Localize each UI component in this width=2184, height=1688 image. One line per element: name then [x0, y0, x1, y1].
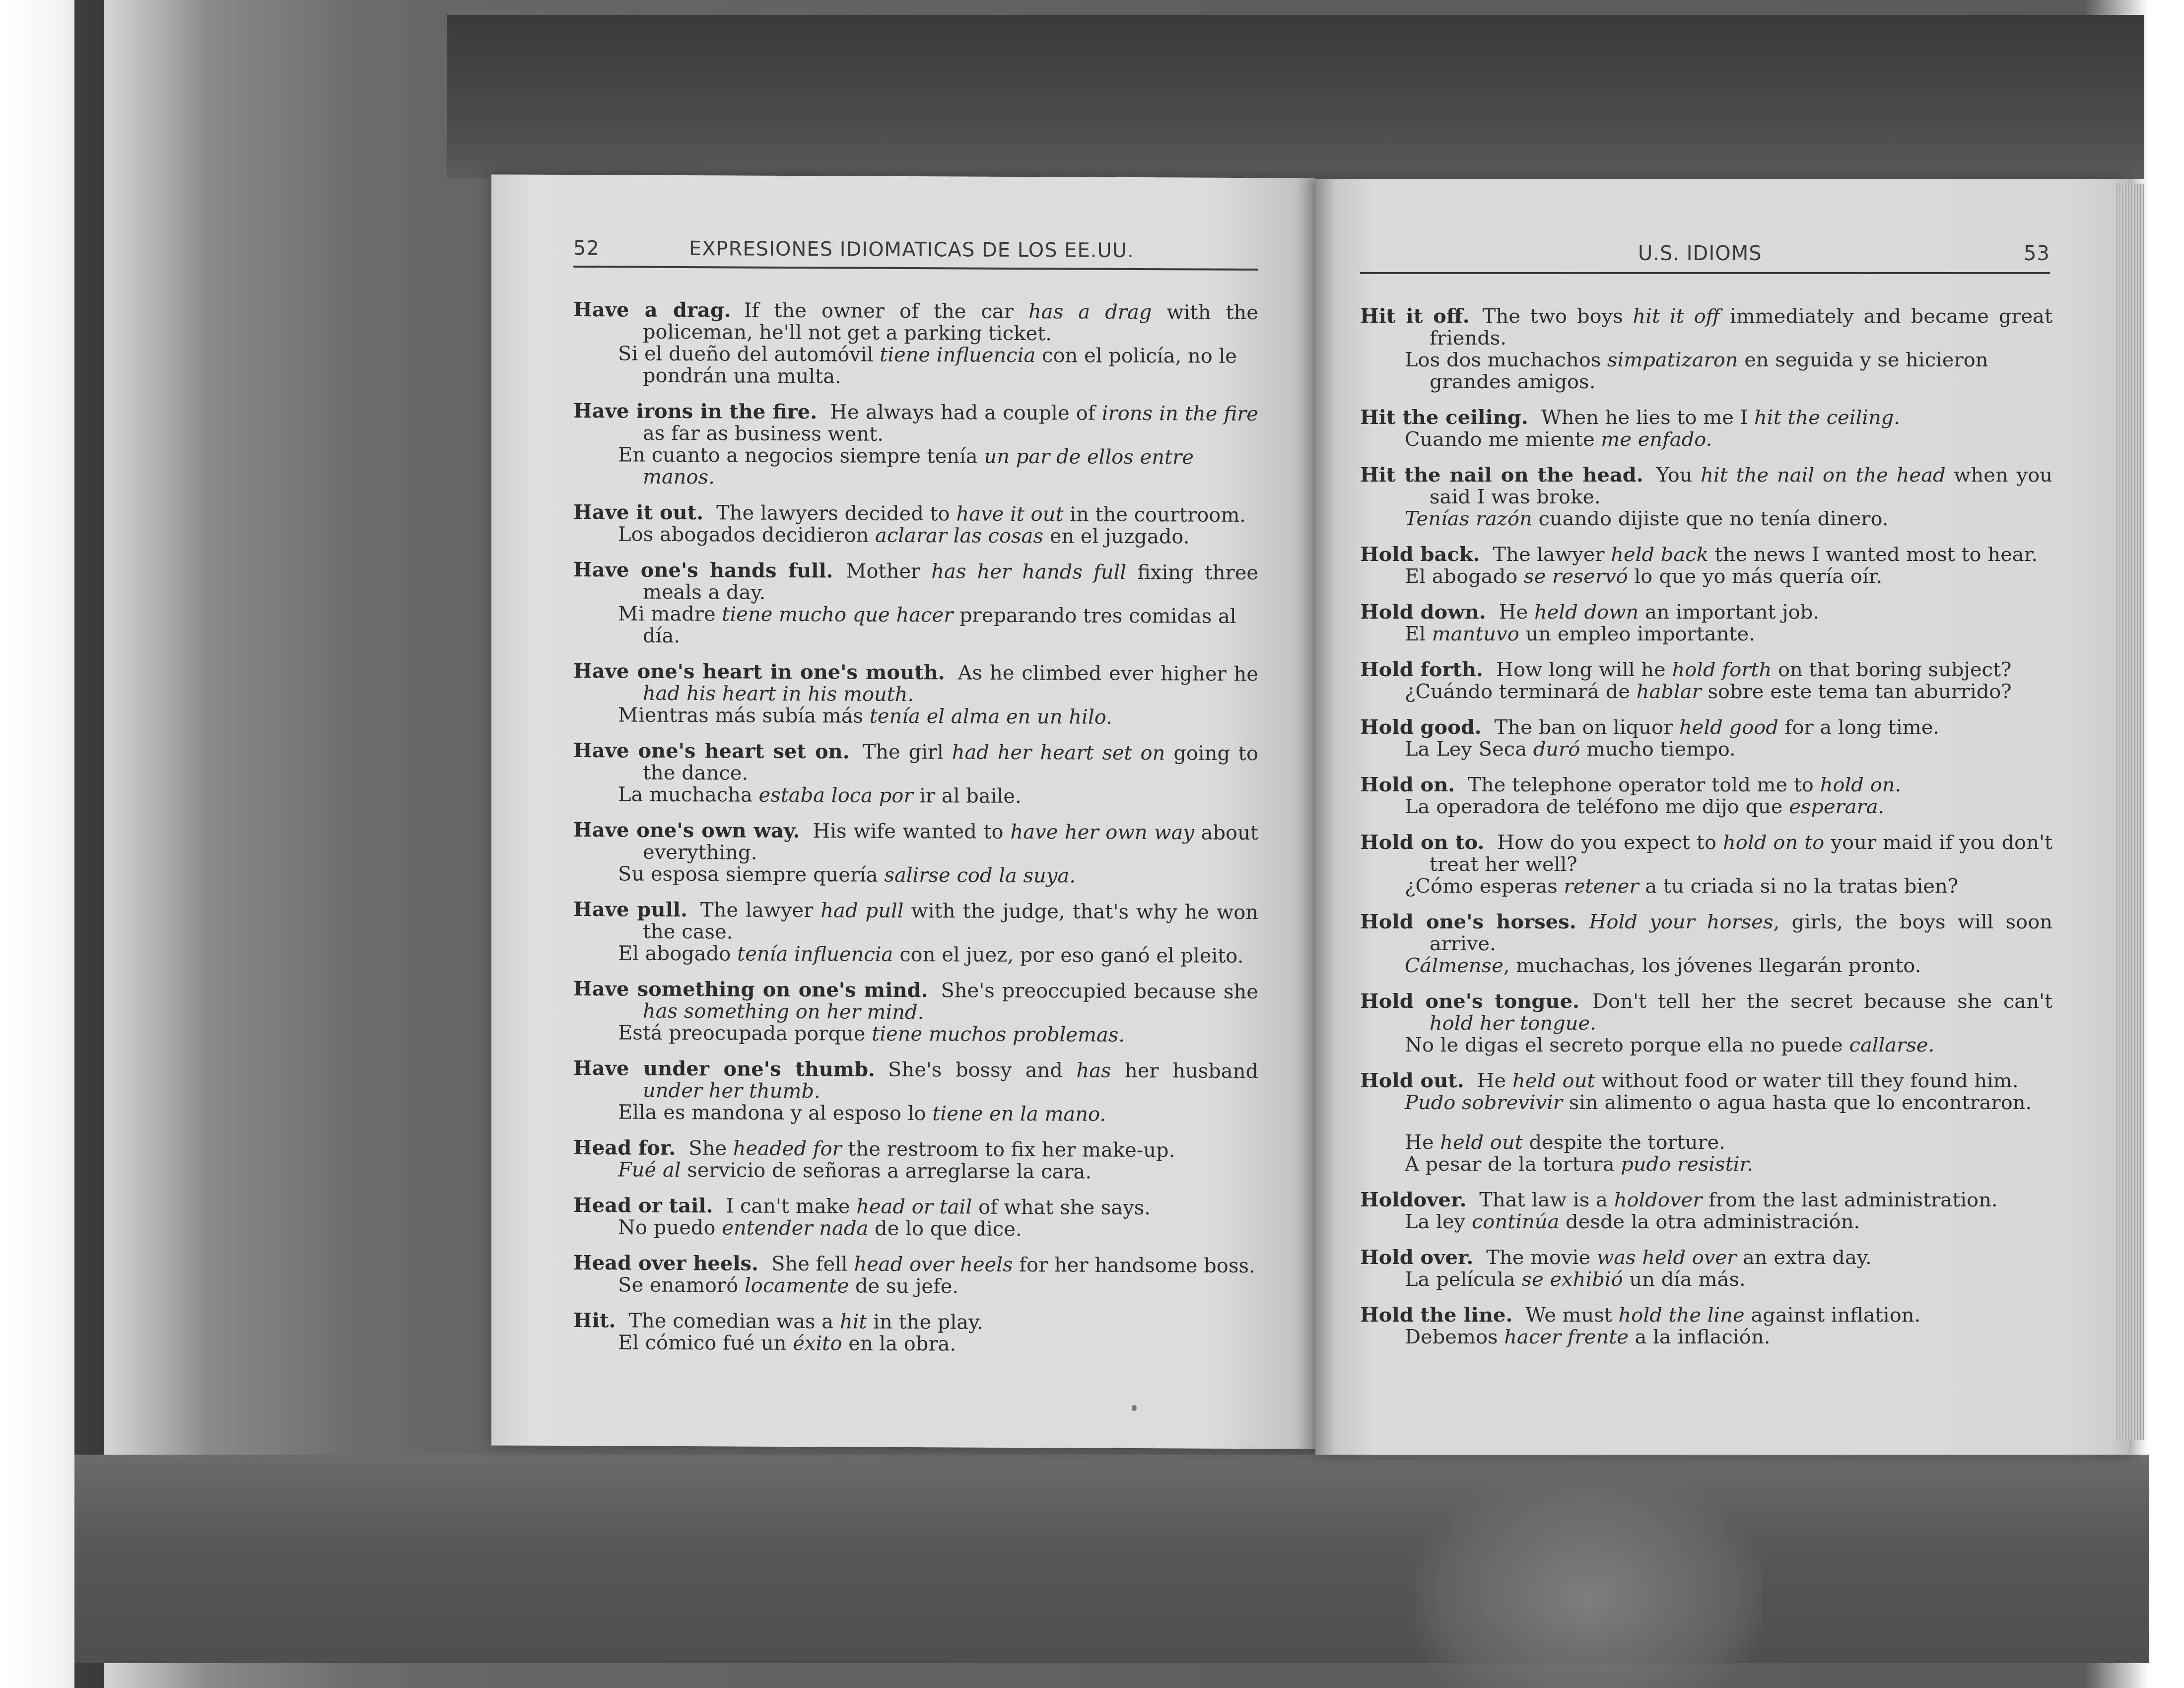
hand-shadow	[1415, 1465, 1762, 1688]
spanish-translation: Cálmense, muchachas, los jóvenes llegará…	[1360, 955, 2052, 977]
idiom-entry: Hold over.The movie was held over an ext…	[1360, 1247, 2052, 1290]
text-run: La muchacha	[618, 783, 759, 806]
idiom-term: Hold good.	[1360, 715, 1482, 739]
english-example: Hold down.He held down an important job.	[1360, 601, 2052, 623]
text-run: en la obra.	[842, 1332, 956, 1355]
text-run: Ella es mandona y al esposo lo	[618, 1101, 932, 1125]
idiom-term: Head or tail.	[573, 1194, 713, 1217]
spanish-translation: A pesar de la tortura pudo resistir.	[1360, 1153, 2052, 1175]
idiom-entry: Have one's heart set on.The girl had her…	[573, 740, 1258, 808]
scanner-lid-shadow	[447, 15, 2144, 179]
idiom-term: Have one's heart set on.	[573, 739, 850, 763]
header-rule	[573, 266, 1258, 271]
text-run: for her handsome boss.	[1013, 1254, 1255, 1277]
spanish-translation: Mientras más subía más tenía el alma en …	[573, 704, 1258, 729]
italic-phrase: hit the nail on the head	[1701, 464, 1945, 487]
italic-phrase: hacer frente	[1504, 1326, 1629, 1348]
text-run: How do you expect to	[1497, 831, 1723, 854]
idiom-entry: Head for.She headed for the restroom to …	[573, 1137, 1258, 1184]
english-example: Head over heels.She fell head over heels…	[573, 1252, 1258, 1277]
english-example: Hold good.The ban on liquor held good fo…	[1360, 716, 2052, 738]
spanish-translation: El abogado se reservó lo que yo más quer…	[1360, 565, 2052, 587]
text-run: on that boring subject?	[1772, 658, 2011, 681]
idiom-entry: Hit it off.The two boys hit it off immed…	[1360, 305, 2052, 393]
spanish-translation: Tenías razón cuando dijiste que no tenía…	[1360, 508, 2052, 530]
text-run: The telephone operator told me to	[1468, 774, 1820, 796]
spanish-translation: Fué al servicio de señoras a arreglarse …	[573, 1159, 1258, 1184]
text-run: No le digas el secreto porque ella no pu…	[1405, 1034, 1849, 1056]
text-run: La película	[1405, 1268, 1522, 1291]
idiom-term: Hold one's tongue.	[1360, 989, 1579, 1013]
text-run: Mi madre	[618, 602, 722, 626]
italic-phrase: simpatizaron	[1607, 349, 1738, 371]
text-run: La ley	[1405, 1210, 1472, 1233]
text-run: lo que yo más quería oír.	[1628, 565, 1882, 588]
spanish-translation: Si el dueño del automóvil tiene influenc…	[573, 343, 1258, 389]
english-example: Have it out.The lawyers decided to have …	[573, 501, 1258, 526]
spanish-translation: No le digas el secreto porque ella no pu…	[1360, 1034, 2052, 1056]
idiom-term: Hold down.	[1360, 600, 1486, 624]
idiom-list: Hit it off.The two boys hit it off immed…	[1360, 305, 2052, 1362]
english-example: Head for.She headed for the restroom to …	[573, 1137, 1258, 1162]
text-run: Su esposa siempre quería	[618, 862, 884, 886]
scanner-edge-strip	[74, 0, 104, 1688]
text-run: Debemos	[1405, 1326, 1504, 1348]
text-run: in the courtroom.	[1063, 503, 1246, 527]
italic-phrase: tenía influencia	[737, 943, 893, 966]
text-run: Si el dueño del automóvil	[618, 342, 880, 366]
italic-phrase: se reservó	[1524, 565, 1628, 588]
idiom-term: Hold on to.	[1360, 831, 1484, 854]
idiom-entry: Holdover.That law is a holdover from the…	[1360, 1189, 2052, 1233]
text-run: servicio de señoras a arreglarse la cara…	[681, 1159, 1092, 1184]
english-example: Hold forth.How long will he hold forth o…	[1360, 659, 2052, 681]
page-edges	[2115, 184, 2144, 1440]
spanish-translation: La ley continúa desde la otra administra…	[1360, 1211, 2052, 1233]
idiom-list: Have a drag.If the owner of the car has …	[573, 299, 1258, 1370]
italic-phrase: has	[1076, 1059, 1111, 1082]
english-example: Have one's own way.His wife wanted to ha…	[573, 819, 1258, 866]
text-run: a la inflación.	[1629, 1326, 1770, 1348]
text-run: The comedian was a	[628, 1310, 840, 1334]
italic-phrase: held back	[1611, 543, 1708, 566]
italic-phrase: tiene muchos problemas.	[872, 1023, 1125, 1047]
italic-phrase: aclarar las cosas	[875, 524, 1043, 548]
italic-phrase: held out	[1512, 1069, 1595, 1092]
italic-phrase: have her own way	[1010, 821, 1194, 844]
italic-phrase: me enfado.	[1601, 428, 1712, 451]
text-run: de su jefe.	[849, 1275, 958, 1298]
text-run: If the owner of the car	[744, 299, 1028, 324]
idiom-entry: Hold down.He held down an important job.…	[1360, 601, 2052, 645]
paper-speck	[1132, 1405, 1137, 1411]
text-run: Don't tell her the secret because she ca…	[1592, 990, 2052, 1013]
italic-phrase: held good	[1679, 716, 1778, 739]
idiom-entry: Head over heels.She fell head over heels…	[573, 1252, 1258, 1299]
text-run: She fell	[771, 1253, 854, 1276]
text-run: El abogado	[618, 942, 737, 965]
spanish-translation: Ella es mandona y al esposo lo tiene en …	[573, 1101, 1258, 1126]
idiom-entry: Hold forth.How long will he hold forth o…	[1360, 659, 2052, 703]
text-run: She	[688, 1137, 733, 1160]
italic-phrase: hablar	[1637, 680, 1702, 703]
idiom-entry: Have it out.The lawyers decided to have …	[573, 501, 1258, 548]
english-example: Hit.The comedian was a hit in the play.	[573, 1310, 1258, 1335]
text-run: He	[1477, 1069, 1512, 1092]
idiom-term: Hold on.	[1360, 773, 1455, 796]
english-example: Have a drag.If the owner of the car has …	[573, 299, 1258, 346]
text-run: When he lies to me I	[1541, 406, 1754, 429]
idiom-term: Have one's heart in one's mouth.	[573, 659, 945, 684]
english-example: Hold over.The movie was held over an ext…	[1360, 1247, 2052, 1268]
italic-phrase: esperara.	[1789, 795, 1884, 818]
text-run: El	[1405, 623, 1432, 645]
spanish-translation: Debemos hacer frente a la inflación.	[1360, 1326, 2052, 1348]
italic-phrase: hold the line	[1619, 1304, 1745, 1327]
text-run: despite the torture.	[1523, 1131, 1725, 1154]
idiom-term: Hold the line.	[1360, 1303, 1512, 1327]
idiom-term: Hold out.	[1360, 1069, 1464, 1092]
idiom-term: Hit the ceiling.	[1360, 406, 1528, 429]
italic-phrase: held out	[1440, 1131, 1522, 1154]
spanish-translation: Los abogados decidieron aclarar las cosa…	[573, 523, 1258, 548]
text-run: en el juzgado.	[1043, 525, 1189, 548]
text-run: He	[1499, 601, 1534, 624]
text-run: a tu criada si no la tratas bien?	[1639, 875, 1959, 898]
english-example: Hold on.The telephone operator told me t…	[1360, 774, 2052, 796]
italic-phrase: was held over	[1597, 1246, 1736, 1269]
idiom-entry: Have one's own way.His wife wanted to ha…	[573, 819, 1258, 888]
text-run: She's bossy and	[888, 1058, 1076, 1082]
text-run: ¿Cómo esperas	[1405, 875, 1564, 898]
italic-phrase: entender nada	[722, 1216, 868, 1240]
text-run: His wife wanted to	[813, 820, 1010, 844]
idiom-term: Have a drag.	[573, 298, 731, 322]
text-run: the restroom to fix her make-up.	[842, 1137, 1175, 1162]
idiom-term: Have pull.	[573, 898, 687, 921]
italic-phrase: continúa	[1472, 1210, 1559, 1233]
text-run: Cuando me miente	[1405, 428, 1601, 451]
idiom-entry: Hold one's horses.Hold your horses, girl…	[1360, 911, 2052, 977]
spanish-translation: El mantuvo un empleo importante.	[1360, 623, 2052, 645]
idiom-entry: Hold on to.How do you expect to hold on …	[1360, 832, 2052, 897]
text-run: from the last administration.	[1702, 1189, 1997, 1211]
english-example: Hold back.The lawyer held back the news …	[1360, 544, 2052, 565]
english-example: Hold on to.How do you expect to hold on …	[1360, 832, 2052, 875]
text-run: ¿Cuándo terminará de	[1405, 680, 1637, 703]
scanner-bottom-shadow	[74, 1455, 2149, 1663]
italic-phrase: irons in the fire	[1102, 402, 1258, 425]
text-run: an extra day.	[1736, 1246, 1871, 1269]
italic-phrase: éxito	[793, 1332, 842, 1355]
idiom-entry: Have something on one's mind.She's preoc…	[573, 978, 1258, 1047]
spanish-translation: La Ley Seca duró mucho tiempo.	[1360, 738, 2052, 760]
idiom-term: Hit.	[573, 1309, 615, 1332]
italic-phrase: tiene mucho que hacer	[722, 603, 953, 627]
italic-phrase: se exhibió	[1522, 1268, 1623, 1291]
header-rule	[1360, 272, 2050, 274]
italic-phrase: hold on.	[1820, 774, 1902, 796]
text-run: Está preocupada porque	[618, 1021, 872, 1045]
spanish-translation: El abogado tenía influencia con el juez,…	[573, 942, 1258, 967]
text-run: Se enamoró	[618, 1273, 745, 1297]
text-run: El abogado	[1405, 565, 1524, 588]
english-example: Have one's heart in one's mouth.As he cl…	[573, 660, 1258, 707]
italic-phrase: mantuvo	[1432, 623, 1519, 645]
text-run: She's preoccupied because she	[941, 979, 1258, 1003]
idiom-entry: Hold on.The telephone operator told me t…	[1360, 774, 2052, 818]
left-page: 52 EXPRESIONES IDIOMATICAS DE LOS EE.UU.…	[491, 174, 1315, 1449]
text-run: without food or water till they found hi…	[1595, 1069, 2018, 1092]
idiom-term: Have one's hands full.	[573, 558, 833, 582]
italic-phrase: hold forth	[1672, 658, 1772, 681]
italic-phrase: headed for	[733, 1137, 842, 1161]
spanish-translation: La muchacha estaba loca por ir al baile.	[573, 783, 1258, 808]
text-run: I can't make	[726, 1195, 856, 1218]
italic-phrase: Hold your horses	[1589, 911, 1774, 933]
spanish-translation: El cómico fué un éxito en la obra.	[573, 1332, 1258, 1356]
italic-phrase: pudo resistir.	[1621, 1153, 1753, 1176]
english-example: Hold one's horses.Hold your horses, girl…	[1360, 911, 2052, 955]
idiom-entry: Have under one's thumb.She's bossy and h…	[573, 1057, 1258, 1126]
idiom-term: Hold over.	[1360, 1246, 1473, 1269]
text-run: He	[1405, 1131, 1440, 1154]
english-example: Have pull.The lawyer had pull with the j…	[573, 899, 1258, 945]
spanish-translation: La película se exhibió un día más.	[1360, 1268, 2052, 1290]
italic-phrase: hold her tongue.	[1430, 1012, 1596, 1035]
text-run: The ban on liquor	[1495, 716, 1679, 739]
text-run: of what she says.	[972, 1196, 1151, 1220]
italic-phrase: estaba loca por	[759, 784, 913, 807]
text-run: A pesar de la tortura	[1405, 1153, 1621, 1176]
idiom-term: Head over heels.	[573, 1251, 758, 1275]
text-run: sin alimento o agua hasta que lo encontr…	[1563, 1091, 2032, 1114]
text-run: an important job.	[1638, 601, 1819, 624]
page-number: 53	[2024, 242, 2050, 265]
text-run: for a long time.	[1778, 716, 1939, 739]
italic-phrase: Cálmense	[1405, 954, 1503, 977]
italic-phrase: under her thumb.	[643, 1079, 820, 1103]
idiom-entry: Hit the nail on the head.You hit the nai…	[1360, 464, 2052, 530]
italic-phrase: tiene en la mano.	[932, 1102, 1106, 1126]
english-example: Have under one's thumb.She's bossy and h…	[573, 1057, 1258, 1104]
text-run: de lo que dice.	[868, 1217, 1022, 1241]
text-run: the news I wanted most to hear.	[1708, 543, 2038, 566]
italic-phrase: hit it off	[1633, 305, 1720, 328]
italic-phrase: had pull	[820, 899, 903, 922]
english-example: Have one's hands full.Mother has her han…	[573, 559, 1258, 606]
spanish-translation: Su esposa siempre quería salirse cod la …	[573, 863, 1258, 888]
text-run: sobre este tema tan aburrido?	[1702, 680, 2012, 703]
text-run: How long will he	[1496, 658, 1672, 681]
idiom-term: Hold back.	[1360, 543, 1480, 566]
idiom-term: Hold forth.	[1360, 658, 1483, 681]
idiom-entry: Have irons in the fire.He always had a c…	[573, 400, 1258, 491]
italic-phrase: head over heels	[854, 1253, 1013, 1276]
idiom-term: Have it out.	[573, 500, 703, 524]
text-run: , muchachas, los jóvenes llegarán pronto…	[1503, 954, 1921, 977]
text-run: The lawyers decided to	[716, 501, 956, 525]
text-run: As he climbed ever higher he	[958, 661, 1258, 686]
text-run: Los dos muchachos	[1405, 349, 1607, 371]
english-example: Have one's heart set on.The girl had her…	[573, 740, 1258, 786]
text-run: her husband	[1111, 1059, 1258, 1083]
text-run: That law is a	[1479, 1189, 1614, 1211]
text-run: No puedo	[618, 1216, 722, 1239]
italic-phrase: callarse.	[1849, 1034, 1935, 1056]
text-run: El cómico fué un	[618, 1331, 793, 1355]
english-example: Holdover.That law is a holdover from the…	[1360, 1189, 2052, 1211]
english-example: Head or tail.I can't make head or tail o…	[573, 1195, 1258, 1219]
page-number: 52	[573, 237, 600, 260]
text-run: We must	[1525, 1304, 1618, 1327]
text-run: The two boys	[1483, 305, 1633, 328]
text-run: The lawyer	[1493, 543, 1611, 566]
text-run: The lawyer	[700, 899, 820, 922]
text-run: un día más.	[1623, 1268, 1746, 1291]
spanish-translation: Mi madre tiene mucho que hacer preparand…	[573, 603, 1258, 649]
idiom-term: Holdover.	[1360, 1188, 1466, 1211]
text-run: Mientras más subía más	[618, 703, 870, 727]
idiom-entry: Hold the line.We must hold the line agai…	[1360, 1304, 2052, 1348]
italic-phrase: duró	[1533, 738, 1580, 761]
english-example: Hit it off.The two boys hit it off immed…	[1360, 305, 2052, 349]
italic-phrase: have it out	[956, 502, 1063, 526]
italic-phrase: has a drag	[1028, 300, 1152, 324]
italic-phrase: had his heart in his mouth.	[643, 682, 914, 706]
english-example: Hit the nail on the head.You hit the nai…	[1360, 464, 2052, 508]
idiom-entry: Hold out.He held out without food or wat…	[1360, 1070, 2052, 1175]
italic-phrase: salirse cod la suya.	[884, 864, 1076, 888]
italic-phrase: holdover	[1614, 1189, 1703, 1211]
spanish-translation: Está preocupada porque tiene muchos prob…	[573, 1022, 1258, 1047]
text-run: desde la otra administración.	[1559, 1210, 1860, 1233]
text-run: Los abogados decidieron	[618, 523, 875, 547]
spanish-translation: No puedo entender nada de lo que dice.	[573, 1216, 1258, 1241]
italic-phrase: has something on her mind.	[643, 1000, 924, 1024]
idiom-entry: Hold back.The lawyer held back the news …	[1360, 544, 2052, 587]
idiom-entry: Hit the ceiling.When he lies to me I hit…	[1360, 407, 2052, 450]
running-head: U.S. IDIOMS 53	[1360, 242, 2050, 265]
idiom-term: Have under one's thumb.	[573, 1056, 875, 1081]
text-run: La operadora de teléfono me dijo que	[1405, 795, 1789, 818]
idiom-term: Hit it off.	[1360, 304, 1470, 328]
text-run: mucho tiempo.	[1580, 738, 1736, 761]
text-run: En cuanto a negocios siempre tenía	[618, 443, 984, 468]
text-run: Mother	[846, 560, 932, 583]
english-example: Hold one's tongue.Don't tell her the sec…	[1360, 990, 2052, 1034]
text-run: He always had a couple of	[830, 401, 1102, 424]
idiom-term: Head for.	[573, 1136, 676, 1160]
italic-phrase: has her hands full	[931, 560, 1126, 584]
english-example: Have irons in the fire.He always had a c…	[573, 400, 1258, 447]
italic-phrase: Pudo sobrevivir	[1405, 1091, 1563, 1114]
running-head-title: U.S. IDIOMS	[1638, 242, 1762, 265]
spanish-translation: ¿Cuándo terminará de hablar sobre este t…	[1360, 681, 2052, 703]
english-example: Hold the line.We must hold the line agai…	[1360, 1304, 2052, 1326]
spanish-translation: Cuando me miente me enfado.	[1360, 428, 2052, 450]
english-example: Have something on one's mind.She's preoc…	[573, 978, 1258, 1025]
italic-phrase: locamente	[745, 1274, 849, 1298]
spanish-translation: Pudo sobrevivir sin alimento o agua hast…	[1360, 1092, 2052, 1114]
text-run: un empleo importante.	[1519, 623, 1755, 645]
italic-phrase: tenía el alma en un hilo.	[870, 705, 1112, 729]
spanish-translation: ¿Cómo esperas retener a tu criada si no …	[1360, 875, 2052, 897]
text-run: con el juez, por eso ganó el pleito.	[893, 943, 1243, 968]
running-head-title: EXPRESIONES IDIOMATICAS DE LOS EE.UU.	[689, 237, 1134, 262]
text-run: ir al baile.	[913, 784, 1022, 808]
italic-phrase: Tenías razón	[1405, 507, 1532, 530]
text-run: against inflation.	[1745, 1304, 1920, 1327]
idiom-term: Have one's own way.	[573, 818, 800, 843]
spanish-translation: La operadora de teléfono me dijo que esp…	[1360, 796, 2052, 818]
english-example: He held out despite the torture.	[1360, 1131, 2052, 1153]
running-head: 52 EXPRESIONES IDIOMATICAS DE LOS EE.UU.	[573, 237, 1258, 263]
idiom-entry: Hit.The comedian was a hit in the play.E…	[573, 1310, 1258, 1356]
text-run: The girl	[863, 741, 952, 764]
idiom-entry: Hold good.The ban on liquor held good fo…	[1360, 716, 2052, 760]
idiom-term: Hit the nail on the head.	[1360, 463, 1643, 487]
italic-phrase: had her heart set on	[952, 741, 1165, 765]
idiom-entry: Head or tail.I can't make head or tail o…	[573, 1195, 1258, 1241]
italic-phrase: hit the ceiling.	[1754, 406, 1900, 429]
text-run: La Ley Seca	[1405, 738, 1533, 761]
idiom-entry: Have one's hands full.Mother has her han…	[573, 559, 1258, 649]
italic-phrase: held down	[1534, 601, 1638, 624]
text-run: as far as business went.	[643, 422, 884, 446]
english-example: Hold out.He held out without food or wat…	[1360, 1070, 2052, 1092]
text-run: cuando dijiste que no tenía dinero.	[1532, 507, 1889, 530]
spanish-translation: Se enamoró locamente de su jefe.	[573, 1274, 1258, 1299]
italic-phrase: Fué al	[618, 1158, 681, 1182]
spanish-translation: Los dos muchachos simpatizaron en seguid…	[1360, 349, 2052, 393]
idiom-entry: Have pull.The lawyer had pull with the j…	[573, 899, 1258, 967]
text-run: The movie	[1486, 1246, 1597, 1269]
italic-phrase: tiene influencia	[880, 344, 1035, 367]
italic-phrase: retener	[1564, 875, 1639, 898]
idiom-term: Have irons in the fire.	[573, 399, 817, 423]
italic-phrase: hit	[840, 1310, 867, 1333]
spanish-translation: En cuanto a negocios siempre tenía un pa…	[573, 444, 1258, 491]
idiom-entry: Have a drag.If the owner of the car has …	[573, 299, 1258, 389]
italic-phrase: head or tail	[856, 1196, 972, 1219]
idiom-term: Have something on one's mind.	[573, 977, 928, 1002]
idiom-entry: Have one's heart in one's mouth.As he cl…	[573, 660, 1258, 729]
idiom-term: Hold one's horses.	[1360, 910, 1576, 933]
text-run: in the play.	[867, 1311, 983, 1334]
text-run: You	[1656, 464, 1701, 487]
english-example: Hit the ceiling.When he lies to me I hit…	[1360, 407, 2052, 428]
right-page: U.S. IDIOMS 53 Hit it off.The two boys h…	[1315, 179, 2129, 1455]
idiom-entry: Hold one's tongue.Don't tell her the sec…	[1360, 990, 2052, 1056]
italic-phrase: hold on to	[1723, 831, 1824, 854]
